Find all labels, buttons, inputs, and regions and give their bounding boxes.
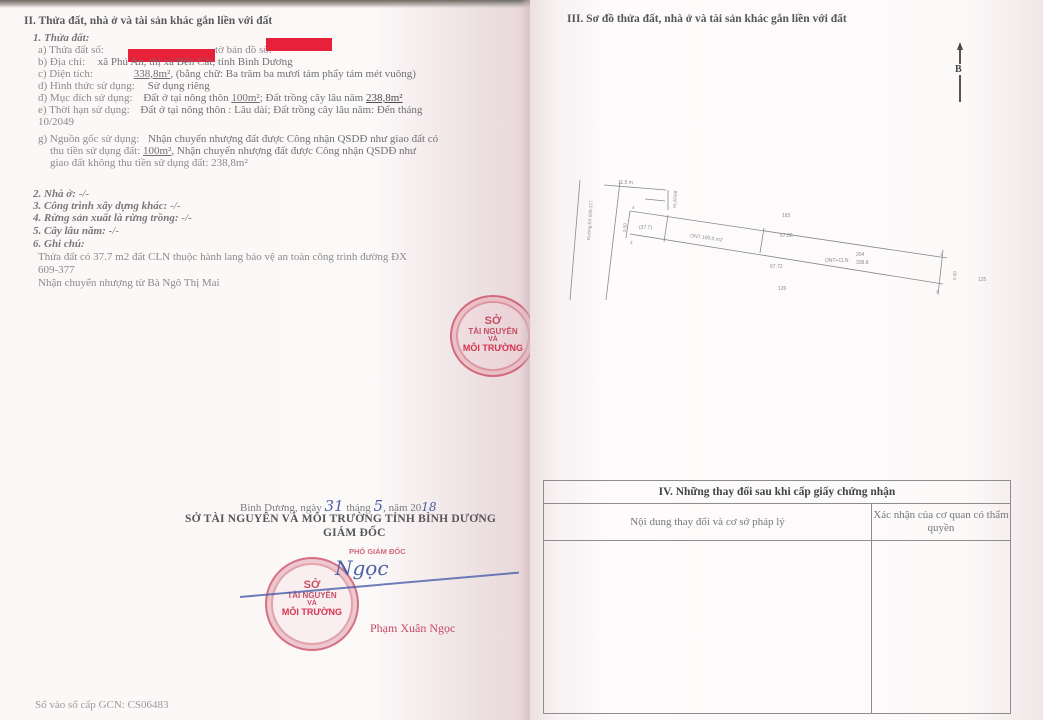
usage-form-label: d) Hình thức sử dụng: bbox=[38, 80, 135, 92]
page-top-shadow bbox=[0, 0, 530, 8]
notes-line1: Thửa đất có 37.7 m2 đất CLN thuộc hành l… bbox=[38, 251, 407, 263]
term-row: e) Thời hạn sử dụng: Đất ở tại nông thôn… bbox=[38, 104, 422, 116]
origin-line1: Nhận chuyển nhượng đất được Công nhận QS… bbox=[148, 133, 438, 145]
purpose-area-perennial: 238,8m² bbox=[366, 92, 403, 104]
stamp2-line3: VÀ bbox=[267, 600, 357, 607]
label-parcel-type: ONT+CLN bbox=[825, 258, 849, 264]
label-right-width: 5.00 bbox=[952, 270, 958, 280]
parcel-number-label: a) Thửa đất số: bbox=[38, 44, 104, 56]
parcel-sketch-svg: 11.5 m Đường ĐX 609-377 HLATĐB 5.00 (37.… bbox=[560, 170, 1000, 300]
issuing-organization: SỞ TÀI NGUYÊN VÀ MÔI TRƯỜNG TỈNH BÌNH DƯ… bbox=[185, 513, 496, 525]
other-works-value: -/- bbox=[170, 200, 180, 212]
north-label: B bbox=[955, 64, 962, 75]
stamp2-line4: MÔI TRƯỜNG bbox=[267, 607, 357, 617]
origin-row: g) Nguồn gốc sử dụng: Nhận chuyển nhượng… bbox=[38, 133, 438, 145]
section-iii-title: III. Sơ đồ thửa đất, nhà ở và tài sản kh… bbox=[567, 13, 847, 25]
origin-line3: giao đất không thu tiền sử dụng đất: 238… bbox=[50, 157, 248, 169]
label-neighbor-right: 125 bbox=[978, 277, 987, 283]
label-bottom-length: 67.72 bbox=[770, 264, 783, 270]
position-title: GIÁM ĐỐC bbox=[323, 527, 386, 539]
term-value: Đất ở tại nông thôn : Lâu dài; Đất trồng… bbox=[140, 104, 422, 116]
address-row: b) Địa chỉ: xã Phú An, thị xã Bến Cát, t… bbox=[38, 56, 293, 68]
label-corridor: HLATĐB bbox=[672, 190, 678, 208]
registry-number: Số vào sổ cấp GCN: CS06483 bbox=[35, 699, 169, 711]
label-ont-area: ONT 100.0 m2 bbox=[690, 233, 723, 244]
area-words: , (bằng chữ: Ba trăm ba mươi tám phẩy tá… bbox=[170, 68, 416, 80]
changes-table: IV. Những thay đổi sau khi cấp giấy chứn… bbox=[543, 480, 1011, 714]
forest-value: -/- bbox=[181, 212, 191, 224]
label-top-length: 67.80 bbox=[780, 233, 793, 239]
section-ii-title: II. Thửa đất, nhà ở và tài sản khác gắn … bbox=[24, 15, 272, 27]
date-year-suffix: 18 bbox=[421, 500, 436, 514]
label-road: Đường ĐX 609-377 bbox=[586, 200, 594, 240]
label-parcel-number: 204 bbox=[856, 252, 865, 258]
label-neighbor-bottom: 126 bbox=[778, 286, 787, 292]
handwritten-signature: Ngọc bbox=[335, 556, 389, 580]
changes-col-confirmation: Xác nhận của cơ quan có thẩm quyền bbox=[872, 504, 1011, 541]
changes-confirmation-cell bbox=[872, 541, 1011, 714]
label-small-area: (37.7) bbox=[639, 225, 652, 231]
house-row: 2. Nhà ở: -/- bbox=[33, 188, 89, 200]
parcel-number-row: a) Thửa đất số: bbox=[38, 44, 104, 56]
origin-line2: thu tiền sử dụng đất: 100m², Nhận chuyển… bbox=[50, 145, 416, 157]
origin-label: g) Nguồn gốc sử dụng: bbox=[38, 133, 139, 145]
purpose-area-residential: 100m² bbox=[231, 92, 259, 104]
north-arrow-shaft bbox=[959, 48, 961, 102]
notes-line3: Nhận chuyển nhượng từ Bà Ngô Thị Mai bbox=[38, 277, 220, 289]
perennial-value: -/- bbox=[108, 225, 118, 237]
usage-form-row: d) Hình thức sử dụng: Sử dụng riêng bbox=[38, 80, 210, 92]
north-arrow: B bbox=[955, 42, 965, 102]
corner-4: 4 bbox=[632, 205, 635, 210]
origin-line2-prefix: thu tiền sử dụng đất: bbox=[50, 145, 143, 157]
left-page: II. Thửa đất, nhà ở và tài sản khác gắn … bbox=[0, 0, 530, 720]
purpose-perennial: ; Đất trồng cây lâu năm bbox=[260, 92, 366, 104]
map-sheet-label: tờ bản đồ số: bbox=[215, 44, 272, 56]
house-value: -/- bbox=[79, 188, 89, 200]
area-value: 338,8m² bbox=[134, 68, 171, 80]
origin-line2-suffix: , Nhận chuyển nhượng đất được Công nhận … bbox=[171, 145, 416, 157]
label-left-width: 5.00 bbox=[622, 222, 628, 232]
purpose-residential: Đất ở tại nông thôn bbox=[143, 92, 231, 104]
parcel-sketch: 11.5 m Đường ĐX 609-377 HLATĐB 5.00 (37.… bbox=[560, 170, 1000, 300]
origin-line2-area: 100m² bbox=[143, 145, 171, 157]
label-top-dim: 11.5 m bbox=[618, 180, 633, 186]
notes-heading: 6. Ghi chú: bbox=[33, 238, 85, 250]
other-works-row: 3. Công trình xây dựng khác: -/- bbox=[33, 200, 180, 212]
forest-label: 4. Rừng sản xuất là rừng trồng: bbox=[33, 212, 179, 224]
perennial-label: 5. Cây lâu năm: bbox=[33, 225, 106, 237]
vice-director-label: PHÓ GIÁM ĐỐC bbox=[349, 547, 406, 556]
label-parcel-area: 338.8 bbox=[856, 260, 869, 266]
address-value: xã Phú An, thị xã Bến Cát, tỉnh Bình Dươ… bbox=[98, 56, 293, 68]
area-row: c) Diện tích: 338,8m², (bằng chữ: Ba tră… bbox=[38, 68, 416, 80]
corner-3: 3 bbox=[630, 240, 633, 245]
other-works-label: 3. Công trình xây dựng khác: bbox=[33, 200, 167, 212]
purpose-label: đ) Mục đích sử dụng: bbox=[38, 92, 133, 104]
changes-content-cell bbox=[544, 541, 872, 714]
parcel-heading: 1. Thửa đất: bbox=[33, 32, 89, 44]
term-label: e) Thời hạn sử dụng: bbox=[38, 104, 130, 116]
label-neighbor-top: 183 bbox=[782, 213, 791, 219]
term-value-line2: 10/2049 bbox=[38, 116, 74, 128]
map-sheet-redaction bbox=[266, 38, 332, 51]
forest-row: 4. Rừng sản xuất là rừng trồng: -/- bbox=[33, 212, 192, 224]
signer-name: Phạm Xuân Ngọc bbox=[370, 621, 455, 636]
area-label: c) Diện tích: bbox=[38, 68, 93, 80]
house-label: 2. Nhà ở: bbox=[33, 188, 76, 200]
purpose-row: đ) Mục đích sử dụng: Đất ở tại nông thôn… bbox=[38, 92, 403, 104]
usage-form-value: Sử dụng riêng bbox=[148, 80, 210, 92]
changes-col-content: Nội dung thay đổi và cơ sở pháp lý bbox=[544, 504, 872, 541]
notes-line2: 609-377 bbox=[38, 264, 75, 276]
address-label: b) Địa chỉ: bbox=[38, 56, 85, 68]
perennial-row: 5. Cây lâu năm: -/- bbox=[33, 225, 119, 237]
changes-table-title: IV. Những thay đổi sau khi cấp giấy chứn… bbox=[544, 481, 1011, 504]
